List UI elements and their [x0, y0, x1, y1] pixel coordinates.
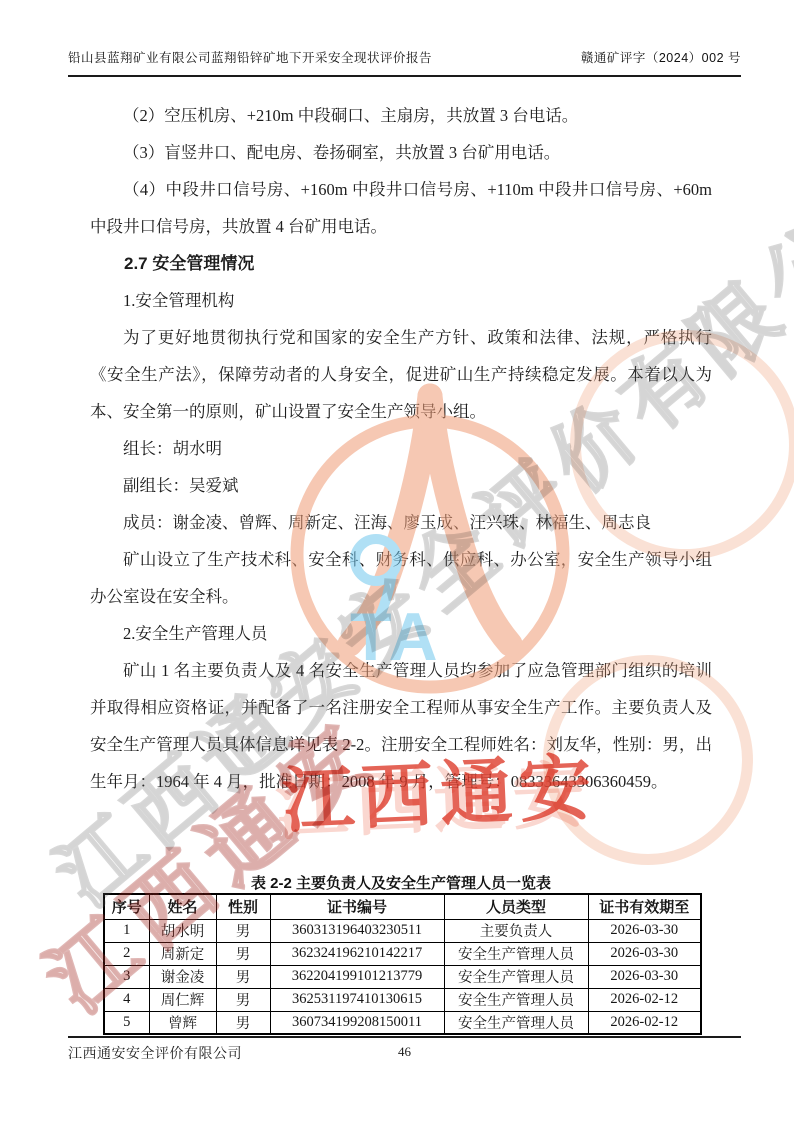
header-doc-number: 赣通矿评字（2024）002 号 [581, 48, 741, 66]
paragraph-deputy-leader: 副组长：吴爱斌 [90, 467, 712, 504]
paragraph-policy: 为了更好地贯彻执行党和国家的安全生产方针、政策和法律、法规，严格执行《安全生产法… [90, 319, 712, 430]
cell-valid-until: 2026-03-30 [588, 919, 701, 942]
page-footer: 江西通安安全评价有限公司 46 [68, 1036, 741, 1063]
cell-cert-no: 362204199101213779 [270, 965, 444, 988]
col-header-valid-until: 证书有效期至 [588, 894, 701, 919]
cell-gender: 男 [216, 965, 270, 988]
paragraph-telephones-4: （4）中段井口信号房、+160m 中段井口信号房、+110m 中段井口信号房、+… [90, 171, 712, 245]
cell-person-type: 主要负责人 [444, 919, 588, 942]
header-report-title: 铅山县蓝翔矿业有限公司蓝翔铅锌矿地下开采安全现状评价报告 [68, 48, 432, 66]
cell-person-type: 安全生产管理人员 [444, 942, 588, 965]
table-row: 5 曾辉 男 360734199208150011 安全生产管理人员 2026-… [104, 1011, 701, 1034]
paragraph-leader: 组长：胡水明 [90, 430, 712, 467]
cell-cert-no: 360313196403230511 [270, 919, 444, 942]
paragraph-telephones-2: （2）空压机房、+210m 中段硐口、主扇房，共放置 3 台电话。 [90, 97, 712, 134]
page-number: 46 [68, 1044, 741, 1060]
paragraph-departments: 矿山设立了生产技术科、安全科、财务科、供应科、办公室，安全生产领导小组办公室设在… [90, 541, 712, 615]
cell-person-type: 安全生产管理人员 [444, 965, 588, 988]
table-caption: 表 2-2 主要负责人及安全生产管理人员一览表 [90, 872, 712, 893]
personnel-table: 序号 姓名 性别 证书编号 人员类型 证书有效期至 1 胡水明 男 360313… [103, 893, 702, 1035]
cell-cert-no: 362324196210142217 [270, 942, 444, 965]
paragraph-org-item: 1.安全管理机构 [90, 282, 712, 319]
paragraph-mgmt-item: 2.安全生产管理人员 [90, 615, 712, 652]
section-heading-2-7: 2.7 安全管理情况 [90, 245, 712, 282]
cell-name: 周新定 [149, 942, 216, 965]
col-header-name: 姓名 [149, 894, 216, 919]
cell-valid-until: 2026-02-12 [588, 1011, 701, 1034]
cell-valid-until: 2026-03-30 [588, 965, 701, 988]
document-page: 铅山县蓝翔矿业有限公司蓝翔铅锌矿地下开采安全现状评价报告 赣通矿评字（2024）… [0, 0, 794, 1122]
cell-index: 2 [104, 942, 149, 965]
cell-name: 胡水明 [149, 919, 216, 942]
table-header-row: 序号 姓名 性别 证书编号 人员类型 证书有效期至 [104, 894, 701, 919]
page-header: 铅山县蓝翔矿业有限公司蓝翔铅锌矿地下开采安全现状评价报告 赣通矿评字（2024）… [68, 48, 741, 77]
col-header-cert-no: 证书编号 [270, 894, 444, 919]
cell-name: 周仁辉 [149, 988, 216, 1011]
cell-index: 3 [104, 965, 149, 988]
table-row: 4 周仁辉 男 362531197410130615 安全生产管理人员 2026… [104, 988, 701, 1011]
cell-person-type: 安全生产管理人员 [444, 1011, 588, 1034]
paragraph-telephones-3: （3）盲竖井口、配电房、卷扬硐室，共放置 3 台矿用电话。 [90, 134, 712, 171]
cell-cert-no: 362531197410130615 [270, 988, 444, 1011]
cell-index: 4 [104, 988, 149, 1011]
cell-gender: 男 [216, 1011, 270, 1034]
cell-valid-until: 2026-02-12 [588, 988, 701, 1011]
cell-cert-no: 360734199208150011 [270, 1011, 444, 1034]
cell-gender: 男 [216, 988, 270, 1011]
document-body: （2）空压机房、+210m 中段硐口、主扇房，共放置 3 台电话。 （3）盲竖井… [90, 97, 712, 800]
paragraph-training: 矿山 1 名主要负责人及 4 名安全生产管理人员均参加了应急管理部门组织的培训并… [90, 652, 712, 800]
cell-gender: 男 [216, 942, 270, 965]
cell-person-type: 安全生产管理人员 [444, 988, 588, 1011]
cell-name: 谢金凌 [149, 965, 216, 988]
paragraph-members: 成员：谢金凌、曾辉、周新定、汪海、廖玉成、汪兴珠、林福生、周志良 [90, 504, 712, 541]
col-header-gender: 性别 [216, 894, 270, 919]
table-row: 1 胡水明 男 360313196403230511 主要负责人 2026-03… [104, 919, 701, 942]
col-header-index: 序号 [104, 894, 149, 919]
cell-name: 曾辉 [149, 1011, 216, 1034]
cell-valid-until: 2026-03-30 [588, 942, 701, 965]
cell-index: 5 [104, 1011, 149, 1034]
table-row: 2 周新定 男 362324196210142217 安全生产管理人员 2026… [104, 942, 701, 965]
cell-gender: 男 [216, 919, 270, 942]
cell-index: 1 [104, 919, 149, 942]
table-row: 3 谢金凌 男 362204199101213779 安全生产管理人员 2026… [104, 965, 701, 988]
col-header-person-type: 人员类型 [444, 894, 588, 919]
